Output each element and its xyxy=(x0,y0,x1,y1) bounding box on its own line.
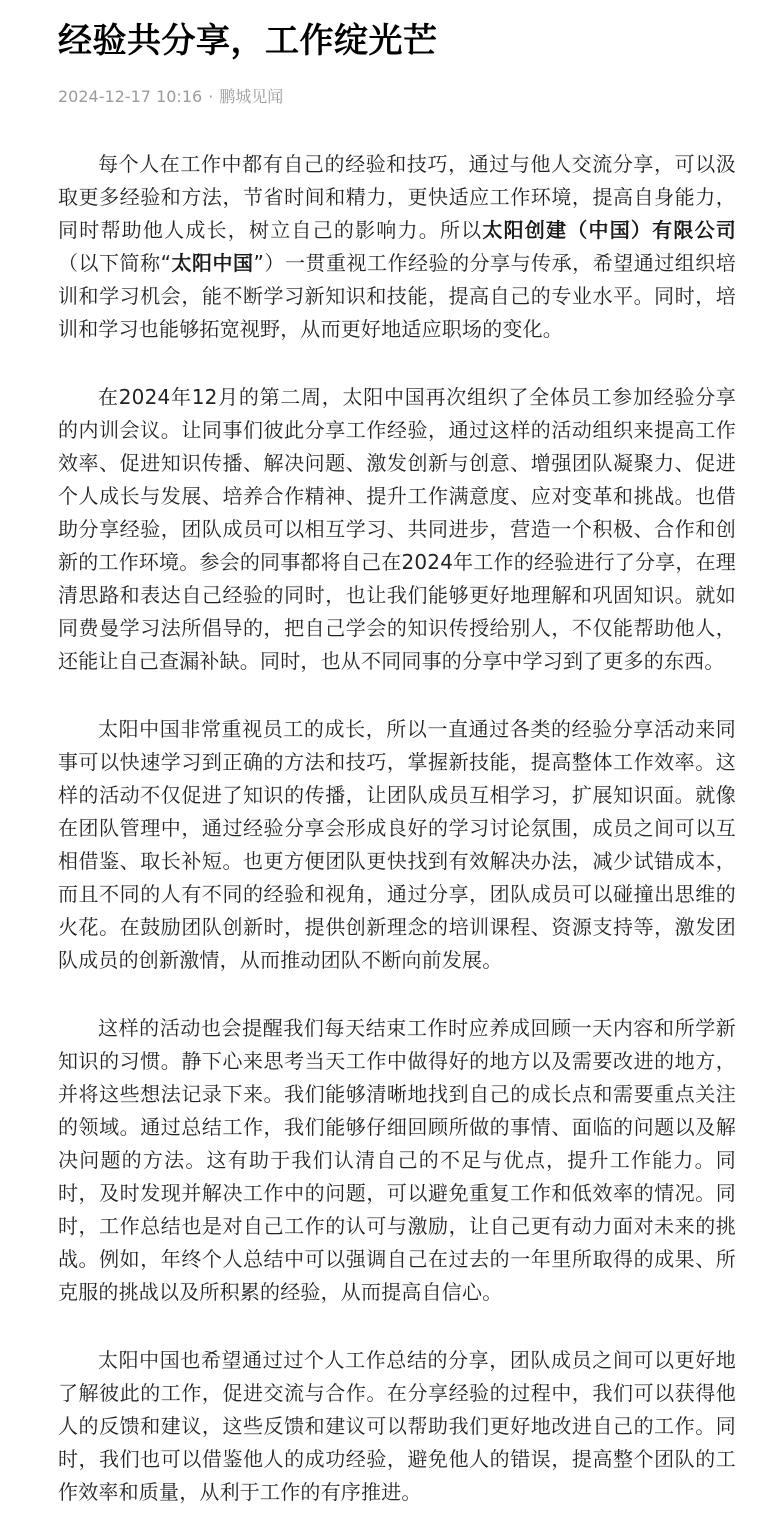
meta-separator: · xyxy=(208,87,213,106)
paragraph: 太阳中国非常重视员工的成长，所以一直通过各类的经验分享活动来同事可以快速学习到正… xyxy=(58,713,736,977)
body-text: 在2024年12月的第二周，太阳中国再次组织了全体员工参加经验分享的内训会议。让… xyxy=(58,385,736,673)
body-text: （以下简称“ xyxy=(58,251,171,275)
body-text: 太阳中国也希望通过过个人工作总结的分享，团队成员之间可以更好地了解彼此的工作，促… xyxy=(58,1348,736,1504)
bold-text: 太阳创建（中国）有限公司 xyxy=(482,218,736,242)
article-meta: 2024-12-17 10:16·鹏城见闻 xyxy=(58,87,736,106)
source-name: 鹏城见闻 xyxy=(219,87,283,106)
body-text: 太阳中国非常重视员工的成长，所以一直通过各类的经验分享活动来同事可以快速学习到正… xyxy=(58,717,736,972)
body-text: 这样的活动也会提醒我们每天结束工作时应养成回顾一天内容和所学新知识的习惯。静下心… xyxy=(58,1016,736,1304)
paragraph: 每个人在工作中都有自己的经验和技巧，通过与他人交流分享，可以汲取更多经验和方法，… xyxy=(58,148,736,346)
article-body: 每个人在工作中都有自己的经验和技巧，通过与他人交流分享，可以汲取更多经验和方法，… xyxy=(58,148,736,1509)
page-title: 经验共分享，工作绽光芒 xyxy=(58,20,736,63)
paragraph: 这样的活动也会提醒我们每天结束工作时应养成回顾一天内容和所学新知识的习惯。静下心… xyxy=(58,1012,736,1309)
bold-text: 太阳中国 xyxy=(171,251,253,275)
paragraph: 在2024年12月的第二周，太阳中国再次组织了全体员工参加经验分享的内训会议。让… xyxy=(58,381,736,678)
publish-datetime: 2024-12-17 10:16 xyxy=(58,87,202,106)
paragraph: 太阳中国也希望通过过个人工作总结的分享，团队成员之间可以更好地了解彼此的工作，促… xyxy=(58,1344,736,1509)
article-page: 经验共分享，工作绽光芒 2024-12-17 10:16·鹏城见闻 每个人在工作… xyxy=(0,0,758,1539)
